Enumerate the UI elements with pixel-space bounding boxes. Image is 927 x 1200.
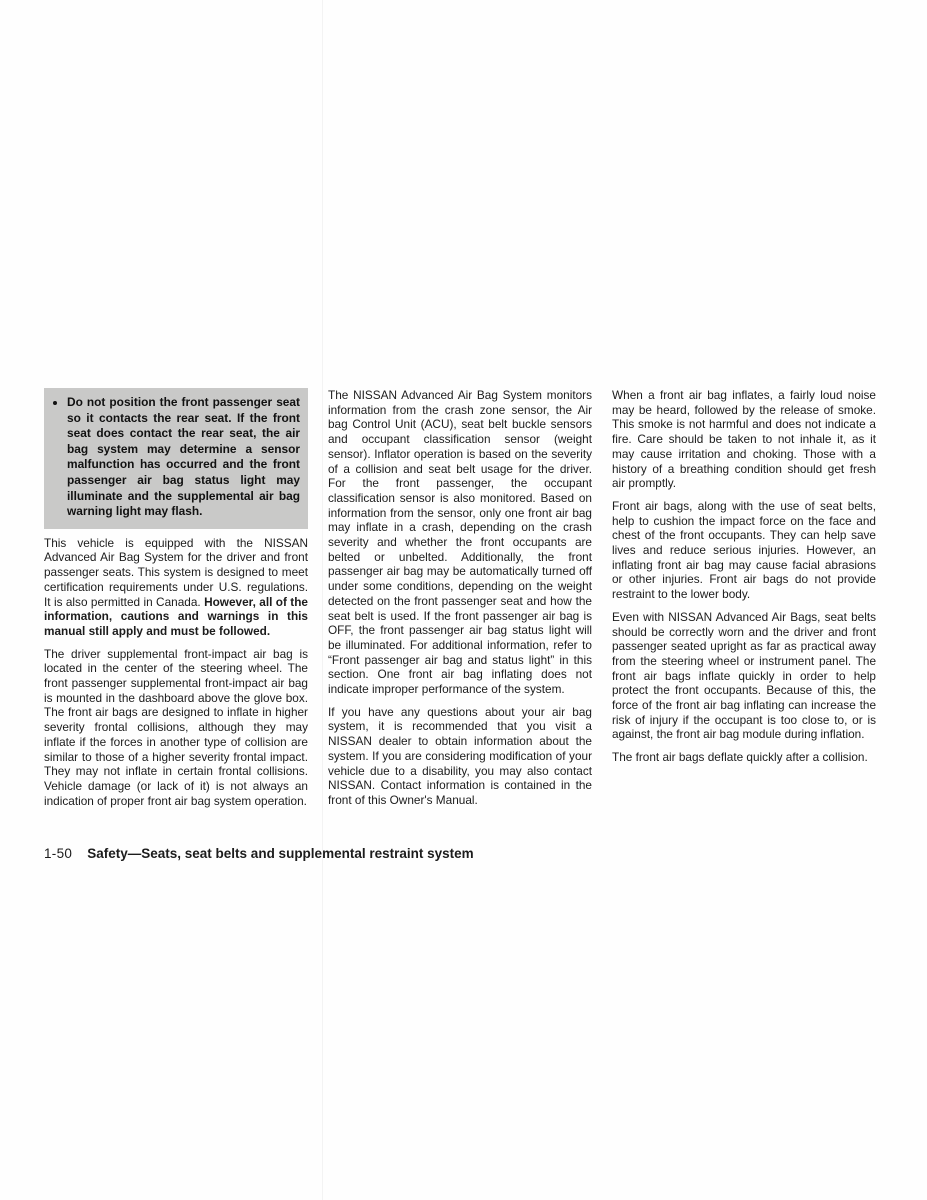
body-paragraph: Front air bags, along with the use of se…	[612, 499, 876, 602]
body-paragraph: Even with NISSAN Advanced Air Bags, seat…	[612, 610, 876, 742]
bold-text-run: Do not position the front passenger seat…	[67, 395, 300, 518]
column-3: When a front air bag inflates, a fairly …	[612, 388, 876, 816]
body-paragraph: The NISSAN Advanced Air Bag System monit…	[328, 388, 592, 697]
text-run: The NISSAN Advanced Air Bag System monit…	[328, 388, 592, 696]
page-number: 1-50	[44, 846, 72, 861]
column-1-paragraphs: This vehicle is equipped with the NISSAN…	[44, 536, 308, 809]
text-run: The front air bags deflate quickly after…	[612, 750, 868, 764]
content-columns: Do not position the front passenger seat…	[44, 388, 877, 816]
body-paragraph: The front air bags deflate quickly after…	[612, 750, 876, 765]
manual-page: Do not position the front passenger seat…	[0, 0, 927, 1200]
column-3-paragraphs: When a front air bag inflates, a fairly …	[612, 388, 876, 765]
column-2-paragraphs: The NISSAN Advanced Air Bag System monit…	[328, 388, 592, 808]
page-footer: 1-50 Safety—Seats, seat belts and supple…	[44, 846, 474, 861]
column-2: The NISSAN Advanced Air Bag System monit…	[328, 388, 592, 816]
warning-box: Do not position the front passenger seat…	[44, 388, 308, 529]
column-1: Do not position the front passenger seat…	[44, 388, 308, 816]
body-paragraph: The driver supplemental front-impact air…	[44, 647, 308, 809]
text-run: If you have any questions about your air…	[328, 705, 592, 807]
body-paragraph: If you have any questions about your air…	[328, 705, 592, 808]
warning-item: Do not position the front passenger seat…	[67, 395, 300, 520]
warning-list: Do not position the front passenger seat…	[50, 395, 300, 520]
body-paragraph: When a front air bag inflates, a fairly …	[612, 388, 876, 491]
text-run: The driver supplemental front-impact air…	[44, 647, 308, 808]
footer-section-title: Safety—Seats, seat belts and supplementa…	[87, 846, 473, 861]
text-run: Front air bags, along with the use of se…	[612, 499, 876, 601]
text-run: Even with NISSAN Advanced Air Bags, seat…	[612, 610, 876, 742]
body-paragraph: This vehicle is equipped with the NISSAN…	[44, 536, 308, 639]
text-run: When a front air bag inflates, a fairly …	[612, 388, 876, 490]
